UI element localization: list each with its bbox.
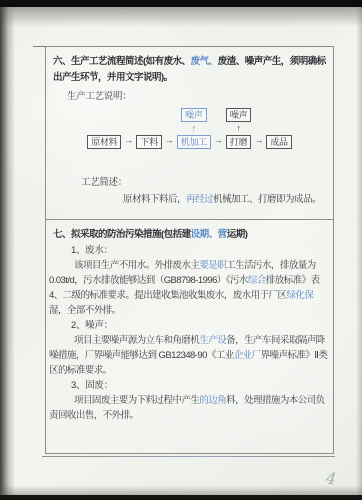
text-run: 要是职	[199, 260, 226, 271]
section-7-title: 七、拟采取的防治污染措施(包括建设期、营运期)	[46, 220, 333, 243]
item-heading: 2、噪声：	[46, 318, 333, 333]
up-arrow-icon: ↑	[192, 122, 197, 135]
flow-step-box: 机加工	[177, 135, 211, 149]
table-outer-bottom-line	[42, 456, 335, 457]
text-run: 绿化保	[286, 290, 313, 301]
section-7-row: 七、拟采取的防治污染措施(包括建设期、营运期) 1、废水： 该项目生产不用水。外…	[46, 220, 333, 423]
process-description-label: 生产工艺说明：	[67, 89, 333, 104]
scan-edge-top-shadow	[0, 7, 362, 27]
flow-step: 原材料	[87, 135, 121, 149]
process-summary-text: 原材料下料后，再经过机械加工、打磨即为成品。	[123, 192, 333, 207]
text-run: 运期)	[227, 229, 248, 240]
text-run: 机械加工、打磨即为成品。	[213, 194, 321, 205]
section-6-row: 六、生产工艺流程简述(如有废水、废气、废渣、噪声产生，须明确标出产生环节，并用文…	[46, 47, 333, 220]
flow-step: 噪声↑机加工	[177, 108, 211, 149]
text-run: 六、生产工艺流程简述(如有废水、	[53, 56, 191, 67]
scan-edge-left	[0, 0, 15, 500]
scan-edge-bottom-shadow	[0, 485, 362, 495]
process-summary-label: 工艺简述：	[81, 175, 333, 190]
right-arrow-icon: →	[254, 134, 263, 146]
text-run: 综合	[248, 275, 266, 286]
document-table: 六、生产工艺流程简述(如有废水、废气、废渣、噪声产生，须明确标出产生环节，并用文…	[45, 46, 334, 454]
noise-box: 噪声	[181, 108, 206, 122]
text-run: 企业厂	[234, 350, 261, 361]
text-run: 项目主要噪声源为立车和角磨机	[74, 335, 199, 346]
scan-edge-bottom	[0, 495, 362, 500]
item-paragraph: 项目主要噪声源为立车和角磨机生产设备，生产车间采取隔声降噪措施，厂界噪声能够达到…	[46, 333, 333, 378]
scan-edge-right	[356, 0, 362, 500]
item-paragraph: 项目固废主要为下料过程中产生的边角料，处理措施为本公司负责回收出售，不外排。	[46, 393, 333, 423]
table-top-overhang-line	[33, 46, 46, 47]
flow-step-box: 成品	[266, 135, 291, 149]
flow-step-box: 打磨	[226, 135, 251, 149]
text-run: 原材料下料后，	[123, 194, 186, 205]
text-run: 再经过	[186, 194, 213, 205]
text-run: 生产设	[199, 335, 226, 346]
process-flow-diagram: 原材料→下料→噪声↑机加工→噪声↑打磨→成品	[46, 106, 333, 149]
flow-step-box: 下料	[136, 135, 161, 149]
text-run: 设期、营	[191, 229, 227, 240]
handwritten-page-number: 4	[325, 468, 337, 488]
right-arrow-icon: →	[214, 134, 223, 146]
flow-step: 下料	[136, 135, 161, 149]
scanned-document: 六、生产工艺流程简述(如有废水、废气、废渣、噪声产生，须明确标出产生环节，并用文…	[0, 0, 362, 500]
item-paragraph: 该项目生产不用水。外排废水主要是职工生活污水，排放量为 0.03t/d，污水排放…	[46, 258, 333, 318]
flow-step-box: 原材料	[87, 135, 121, 149]
section-6-title: 六、生产工艺流程简述(如有废水、废气、废渣、噪声产生，须明确标出产生环节，并用文…	[46, 47, 333, 86]
scan-edge-top	[0, 0, 362, 7]
pollution-item-solid-waste: 3、固废： 项目固废主要为下料过程中产生的边角料，处理措施为本公司负责回收出售，…	[46, 378, 333, 423]
right-arrow-icon: →	[124, 134, 133, 146]
item-heading: 1、废水：	[46, 243, 333, 258]
flow-step: 成品	[266, 135, 291, 149]
text-run: 七、拟采取的防治污染措施(包括建	[53, 229, 191, 240]
text-run: 的边角	[199, 395, 226, 406]
noise-box: 噪声	[226, 108, 251, 122]
text-run: 湿，全部不外排。	[49, 305, 121, 316]
right-arrow-icon: →	[165, 134, 174, 146]
text-run: 该项目生产不用水。外排废水主	[74, 260, 199, 271]
flow-step: 噪声↑打磨	[226, 108, 251, 149]
text-run: 项目固废主要为下料过程中产生	[74, 395, 199, 406]
pollution-item-wastewater: 1、废水： 该项目生产不用水。外排废水主要是职工生活污水，排放量为 0.03t/…	[46, 243, 333, 318]
up-arrow-icon: ↑	[236, 122, 241, 135]
pollution-item-noise: 2、噪声： 项目主要噪声源为立车和角磨机生产设备，生产车间采取隔声降噪措施，厂界…	[46, 318, 333, 378]
text-run: 废气、	[191, 56, 218, 67]
item-heading: 3、固废：	[46, 378, 333, 393]
